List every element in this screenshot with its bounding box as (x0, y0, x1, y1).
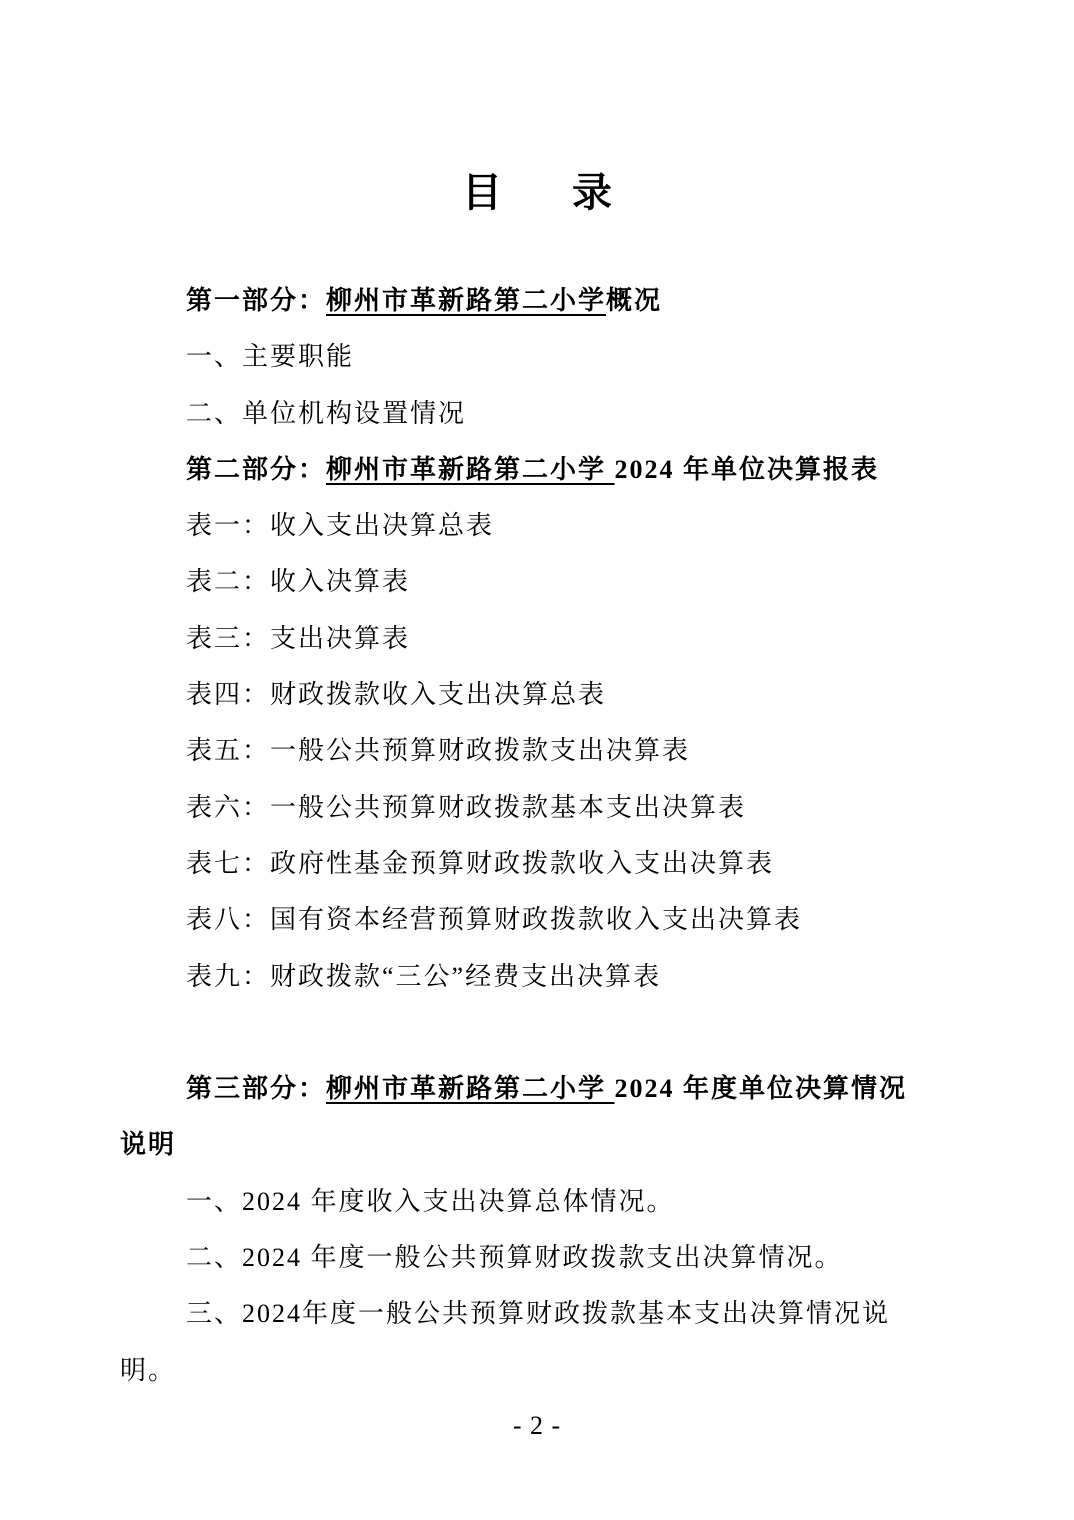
part2-item-table3: 表三：支出决算表 (120, 611, 962, 667)
title-char-2: 录 (572, 173, 612, 213)
part1-heading-underlined: 柳州市革新路第二小学 (326, 286, 606, 315)
part1-heading: 第一部分：柳州市革新路第二小学概况 (120, 273, 962, 329)
part3-item-3-continuation: 明。 (120, 1343, 962, 1399)
part1-heading-prefix: 第一部分： (186, 286, 326, 315)
part2-item-table7: 表七：政府性基金预算财政拨款收入支出决算表 (120, 836, 962, 892)
part2-item-table6: 表六：一般公共预算财政拨款基本支出决算表 (120, 780, 962, 836)
toc-content: 第一部分：柳州市革新路第二小学概况 一、主要职能 二、单位机构设置情况 第二部分… (120, 273, 962, 1399)
part2-item-table5: 表五：一般公共预算财政拨款支出决算表 (120, 723, 962, 779)
part2-heading-prefix: 第二部分： (186, 455, 326, 484)
document-page: 目 录 第一部分：柳州市革新路第二小学概况 一、主要职能 二、单位机构设置情况 … (0, 0, 1074, 1520)
part2-heading-suffix: 2024 年单位决算报表 (615, 455, 880, 484)
part3-heading-underlined: 柳州市革新路第二小学 (326, 1074, 615, 1103)
page-number: - 2 - (0, 1410, 1074, 1441)
part2-item-table9: 表九：财政拨款“三公”经费支出决算表 (120, 949, 962, 1005)
part2-item-table2: 表二：收入决算表 (120, 554, 962, 610)
part2-item-table1: 表一：收入支出决算总表 (120, 498, 962, 554)
part3-item-2: 二、2024 年度一般公共预算财政拨款支出决算情况。 (120, 1230, 962, 1286)
part1-item-1: 一、主要职能 (120, 329, 962, 385)
part3-heading: 第三部分：柳州市革新路第二小学 2024 年度单位决算情况 (120, 1061, 962, 1117)
part3-heading-suffix: 2024 年度单位决算情况 (615, 1074, 908, 1103)
part1-item-2: 二、单位机构设置情况 (120, 386, 962, 442)
part3-heading-continuation: 说明 (120, 1117, 962, 1173)
part3-heading-prefix: 第三部分： (186, 1074, 326, 1103)
part1-heading-suffix: 概况 (606, 286, 662, 315)
title-char-1: 目 (462, 173, 502, 213)
part2-item-table4: 表四：财政拨款收入支出决算总表 (120, 667, 962, 723)
part3-item-1: 一、2024 年度收入支出决算总体情况。 (120, 1174, 962, 1230)
part3-item-3: 三、2024年度一般公共预算财政拨款基本支出决算情况说 (120, 1286, 962, 1342)
part2-heading: 第二部分：柳州市革新路第二小学 2024 年单位决算报表 (120, 442, 962, 498)
page-title: 目 录 (0, 173, 1074, 213)
part2-heading-underlined: 柳州市革新路第二小学 (326, 455, 615, 484)
part2-item-table8: 表八：国有资本经营预算财政拨款收入支出决算表 (120, 892, 962, 948)
